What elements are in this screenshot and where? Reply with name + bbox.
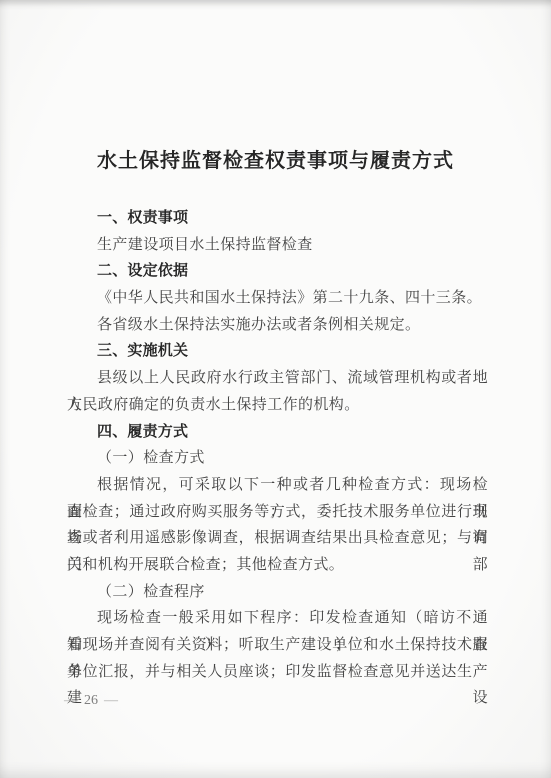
body-line: 《中华人民共和国水土保持法》第二十九条、四十三条。 xyxy=(67,285,488,312)
document-body: 一、权责事项 生产建设项目水土保持监督检查 二、设定依据 《中华人民共和国水土保… xyxy=(67,205,488,685)
body-line: 查或者利用遥感影像调查，根据调查结果出具检查意见；与有关部 xyxy=(67,525,488,552)
section-heading-3: 三、实施机关 xyxy=(67,338,488,365)
body-line: 看现场并查阅有关资料；听取生产建设单位和水土保持技术服务 xyxy=(67,632,488,659)
body-line: 各省级水土保持法实施办法或者条例相关规定。 xyxy=(67,312,488,339)
section-heading-1: 一、权责事项 xyxy=(67,205,488,232)
footer-dash-left: — xyxy=(58,693,84,708)
body-line: 单位汇报，并与相关人员座谈；印发监督检查意见并送达生产建设 xyxy=(67,659,488,686)
body-line: 县级以上人民政府水行政主管部门、流域管理机构或者地方 xyxy=(67,365,488,392)
document-title: 水土保持监督检查权责事项与履责方式 xyxy=(50,146,501,176)
body-line: 根据情况，可采取以下一种或者几种检查方式：现场检查；书 xyxy=(67,472,488,499)
page-number: 26 xyxy=(84,693,98,708)
footer-dash-right: — xyxy=(98,693,124,708)
scanned-document-page: 水土保持监督检查权责事项与履责方式 一、权责事项 生产建设项目水土保持监督检查 … xyxy=(0,0,551,778)
body-line: 现场检查一般采用如下程序：印发检查通知（暗访不通知）；查 xyxy=(67,605,488,632)
section-heading-4: 四、履责方式 xyxy=(67,419,488,446)
body-line: 人民政府确定的负责水土保持工作的机构。 xyxy=(67,392,488,419)
subsection-heading-2: （二）检查程序 xyxy=(67,579,488,606)
body-line: 生产建设项目水土保持监督检查 xyxy=(67,232,488,259)
page-footer: —26— xyxy=(58,691,124,711)
section-heading-2: 二、设定依据 xyxy=(67,258,488,285)
subsection-heading-1: （一）检查方式 xyxy=(67,445,488,472)
body-line: 面检查；通过政府购买服务等方式，委托技术服务单位进行现场调 xyxy=(67,499,488,526)
